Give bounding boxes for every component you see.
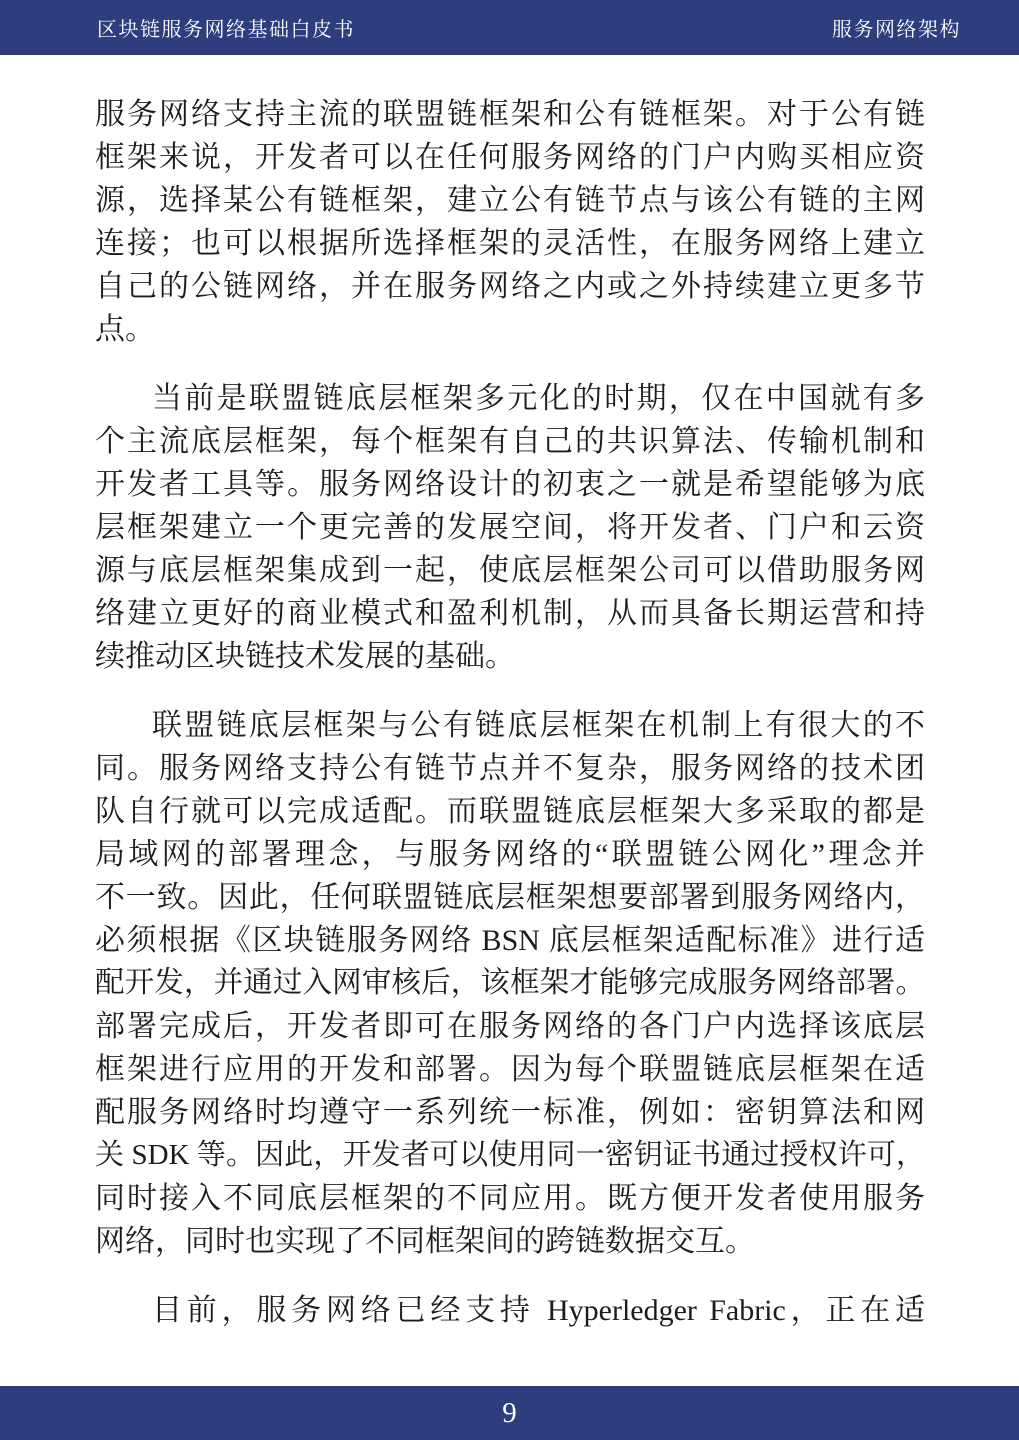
page-footer: 9 — [0, 1386, 1019, 1440]
text-line: 点。 — [95, 308, 925, 351]
text-line: 配服务网络时均遵守一系列统一标准，例如：密钥算法和网 — [95, 1091, 925, 1134]
text-line: 配开发，并通过入网审核后，该框架才能够完成服务网络部署。 — [95, 962, 925, 1005]
text-line: 续推动区块链技术发展的基础。 — [95, 635, 925, 678]
text-line: 局域网的部署理念，与服务网络的“联盟链公网化”理念并 — [95, 833, 925, 876]
text-line: 开发者工具等。服务网络设计的初衷之一就是希望能够为底 — [95, 463, 925, 506]
text-line: 个主流底层框架，每个框架有自己的共识算法、传输机制和 — [95, 420, 925, 463]
text-line: 框架来说，开发者可以在任何服务网络的门户内购买相应资 — [95, 136, 925, 179]
text-line: 网络，同时也实现了不同框架间的跨链数据交互。 — [95, 1220, 925, 1263]
header-right-title: 服务网络架构 — [832, 13, 961, 42]
text-line: 关 SDK 等。因此，开发者可以使用同一密钥证书通过授权许可， — [95, 1134, 925, 1177]
text-line: 源与底层框架集成到一起，使底层框架公司可以借助服务网 — [95, 549, 925, 592]
text-line: 同时接入不同底层框架的不同应用。既方便开发者使用服务 — [95, 1177, 925, 1220]
text-line: 联盟链底层框架与公有链底层框架在机制上有很大的不 — [95, 704, 925, 747]
paragraph: 当前是联盟链底层框架多元化的时期，仅在中国就有多个主流底层框架，每个框架有自己的… — [95, 377, 925, 678]
page-body: 服务网络支持主流的联盟链框架和公有链框架。对于公有链框架来说，开发者可以在任何服… — [0, 55, 1019, 1332]
paragraph: 服务网络支持主流的联盟链框架和公有链框架。对于公有链框架来说，开发者可以在任何服… — [95, 93, 925, 351]
text-line: 源，选择某公有链框架，建立公有链节点与该公有链的主网 — [95, 179, 925, 222]
paragraph: 目前，服务网络已经支持 Hyperledger Fabric，正在适 — [95, 1289, 925, 1332]
text-line: 必须根据《区块链服务网络 BSN 底层框架适配标准》进行适 — [95, 919, 925, 962]
text-line: 层框架建立一个更完善的发展空间，将开发者、门户和云资 — [95, 506, 925, 549]
header-left-title: 区块链服务网络基础白皮书 — [97, 13, 355, 42]
text-line: 部署完成后，开发者即可在服务网络的各门户内选择该底层 — [95, 1005, 925, 1048]
document-page: 区块链服务网络基础白皮书 服务网络架构 服务网络支持主流的联盟链框架和公有链框架… — [0, 0, 1019, 1440]
text-line: 连接；也可以根据所选择框架的灵活性，在服务网络上建立 — [95, 222, 925, 265]
page-number: 9 — [502, 1397, 517, 1430]
text-line: 当前是联盟链底层框架多元化的时期，仅在中国就有多 — [95, 377, 925, 420]
page-header: 区块链服务网络基础白皮书 服务网络架构 — [0, 0, 1019, 55]
text-line: 同。服务网络支持公有链节点并不复杂，服务网络的技术团 — [95, 747, 925, 790]
text-line: 框架进行应用的开发和部署。因为每个联盟链底层框架在适 — [95, 1048, 925, 1091]
text-line: 自己的公链网络，并在服务网络之内或之外持续建立更多节 — [95, 265, 925, 308]
text-line: 目前，服务网络已经支持 Hyperledger Fabric，正在适 — [95, 1289, 925, 1332]
text-line: 队自行就可以完成适配。而联盟链底层框架大多采取的都是 — [95, 790, 925, 833]
text-line: 服务网络支持主流的联盟链框架和公有链框架。对于公有链 — [95, 93, 925, 136]
paragraph: 联盟链底层框架与公有链底层框架在机制上有很大的不同。服务网络支持公有链节点并不复… — [95, 704, 925, 1263]
text-line: 络建立更好的商业模式和盈利机制，从而具备长期运营和持 — [95, 592, 925, 635]
text-line: 不一致。因此，任何联盟链底层框架想要部署到服务网络内， — [95, 876, 925, 919]
